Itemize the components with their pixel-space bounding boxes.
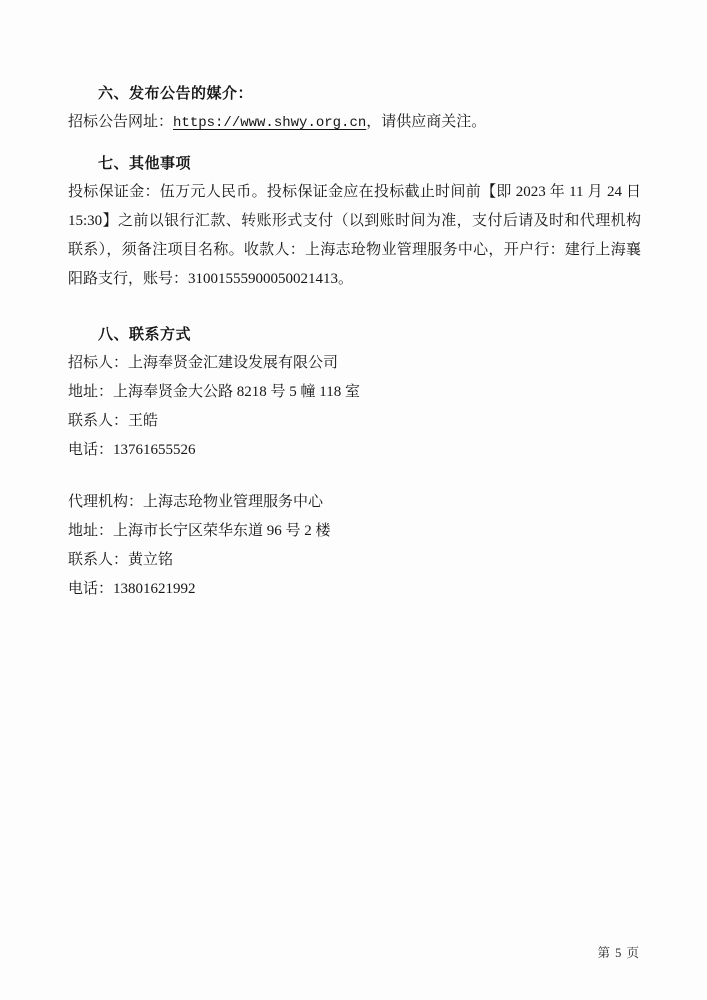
tenderer-person-value: 王皓 [128,413,158,429]
document-page: 六、发布公告的媒介： 招标公告网址：https://www.shwy.org.c… [0,0,707,1000]
agency-person-value: 黄立铭 [128,552,173,568]
announcement-url-suffix: ，请供应商关注。 [366,114,486,130]
agency-phone-line: 电话：13801621992 [68,575,641,604]
agency-address-line: 地址：上海市长宁区荣华东道 96 号 2 楼 [68,517,641,546]
bid-bond-paragraph: 投标保证金：伍万元人民币。投标保证金应在投标截止时间前【即 2023 年 11 … [68,178,641,294]
tenderer-phone-label: 电话： [68,442,113,458]
tenderer-address-line: 地址：上海奉贤金大公路 8218 号 5 幢 118 室 [68,378,641,407]
agency-address-label: 地址： [68,523,113,539]
section-contact-heading: 八、联系方式 [68,320,641,349]
tenderer-person-label: 联系人： [68,413,128,429]
tenderer-phone-value: 13761655526 [113,442,196,458]
agency-person-line: 联系人：黄立铭 [68,546,641,575]
agency-phone-label: 电话： [68,581,113,597]
page-number-footer: 第 5 页 [597,943,640,961]
document-content: 六、发布公告的媒介： 招标公告网址：https://www.shwy.org.c… [68,79,641,604]
tenderer-name-value: 上海奉贤金汇建设发展有限公司 [128,355,338,371]
tenderer-name-line: 招标人：上海奉贤金汇建设发展有限公司 [68,349,641,378]
tenderer-phone-line: 电话：13761655526 [68,436,641,465]
section-other-matters-heading: 七、其他事项 [68,149,641,178]
tender-announcement-url[interactable]: https://www.shwy.org.cn [173,115,366,131]
agency-name-label: 代理机构： [68,494,143,510]
agency-address-value: 上海市长宁区荣华东道 96 号 2 楼 [113,523,331,539]
tenderer-address-value: 上海奉贤金大公路 8218 号 5 幢 118 室 [113,384,360,400]
announcement-url-label: 招标公告网址： [68,114,173,130]
tenderer-person-line: 联系人：王皓 [68,407,641,436]
agency-phone-value: 13801621992 [113,581,196,597]
section-media-heading: 六、发布公告的媒介： [68,79,641,108]
agency-name-line: 代理机构：上海志玱物业管理服务中心 [68,488,641,517]
tenderer-name-label: 招标人： [68,355,128,371]
agency-person-label: 联系人： [68,552,128,568]
announcement-url-line: 招标公告网址：https://www.shwy.org.cn，请供应商关注。 [68,108,641,138]
tenderer-address-label: 地址： [68,384,113,400]
agency-name-value: 上海志玱物业管理服务中心 [143,494,323,510]
